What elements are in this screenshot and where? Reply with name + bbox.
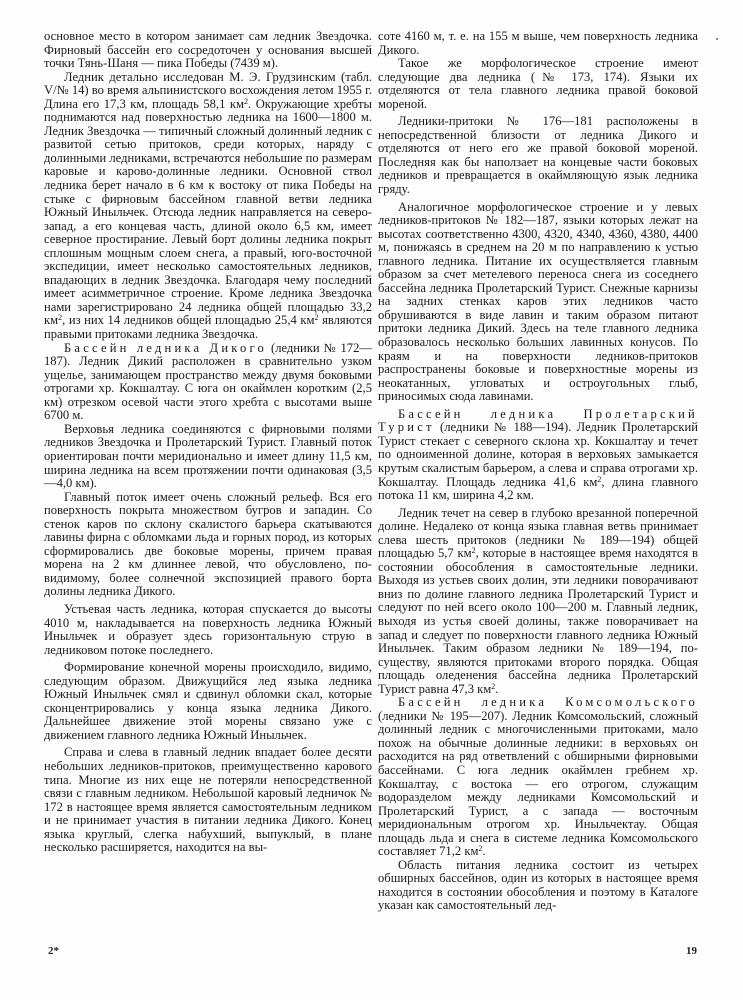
paragraph: Главный поток имеет очень сложный рельеф… [44,491,372,599]
section-paragraph: Бассейн ледника Комсомольского (ледники … [378,696,698,859]
text-run: . [495,682,498,696]
paragraph: Справа и слева в главный ледник впадает … [44,746,372,854]
signature-mark: 2* [48,945,59,957]
paragraph: Ледник детально исследован М. Э. Грудзин… [44,71,372,342]
print-speck [716,38,718,40]
paragraph: Формирование конечной морены происходило… [44,661,372,742]
text-run: . Окружающие хребты поднимаются над пове… [44,97,372,328]
paragraph: Аналогичное морфологическое строение и у… [378,201,698,404]
text-run: , из них 14 ледников общей площадью 25,4… [62,313,314,327]
section-paragraph: Бассейн ледника Пролетарский Турист (лед… [378,408,698,503]
section-paragraph: Бассейн ледника Дикого (ледники № 172—18… [44,342,372,423]
text-run: . [482,844,485,858]
page-number: 19 [686,945,697,957]
paragraph: Верховья ледника соединяются с фирновыми… [44,423,372,491]
paragraph: Ледник течет на север в глубоко врезанно… [378,507,698,697]
paragraph: Такое же морфологическое строение имеют … [378,57,698,111]
text-run: , которые в настоящее время находятся в … [378,546,698,695]
section-heading: Бассейн ледника Дикого [64,341,267,355]
book-page: основное место в котором занимает сам ле… [0,0,743,1000]
paragraph: соте 4160 м, т. е. на 155 м выше, чем по… [378,30,698,57]
text-run: (ледники № 195—207). Ледник Комсомольски… [378,709,698,858]
paragraph: Область питания ледника состоит из четыр… [378,859,698,913]
paragraph: Ледники-притоки № 176—181 расположены в … [378,115,698,196]
paragraph: Устьевая часть ледника, которая спускает… [44,603,372,657]
left-column: основное место в котором занимает сам ле… [44,30,372,855]
section-heading: Бассейн ледника Комсомольского [398,695,698,709]
paragraph: основное место в котором занимает сам ле… [44,30,372,71]
right-column: соте 4160 м, т. е. на 155 м выше, чем по… [378,30,698,913]
